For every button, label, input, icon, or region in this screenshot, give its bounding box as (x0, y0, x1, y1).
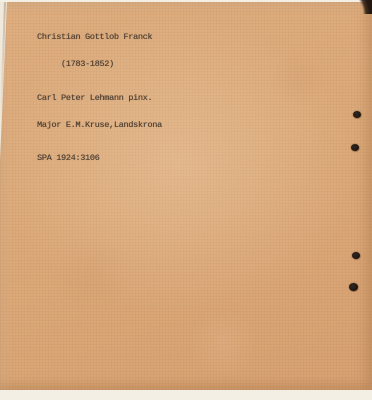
punch-hole (349, 283, 358, 291)
scanned-archive-card-page: { "card": { "name": "Christian Gottlob F… (0, 0, 372, 400)
artist-credit: Carl Peter Lehmann pinx. (37, 94, 162, 103)
person-name: Christian Gottlob Franck (37, 33, 162, 42)
archive-reference: SPA 1924:3106 (37, 154, 162, 163)
punch-hole (352, 252, 360, 259)
punch-hole (351, 144, 359, 151)
clipped-corner-shadow (339, 0, 372, 14)
person-dates: (1783-1852) (37, 60, 162, 69)
typewritten-text-block: Christian Gottlob Franck (1783-1852) Car… (37, 15, 162, 172)
owner-provenance: Major E.M.Kruse,Landskrona (37, 121, 162, 130)
punch-hole (353, 111, 361, 118)
